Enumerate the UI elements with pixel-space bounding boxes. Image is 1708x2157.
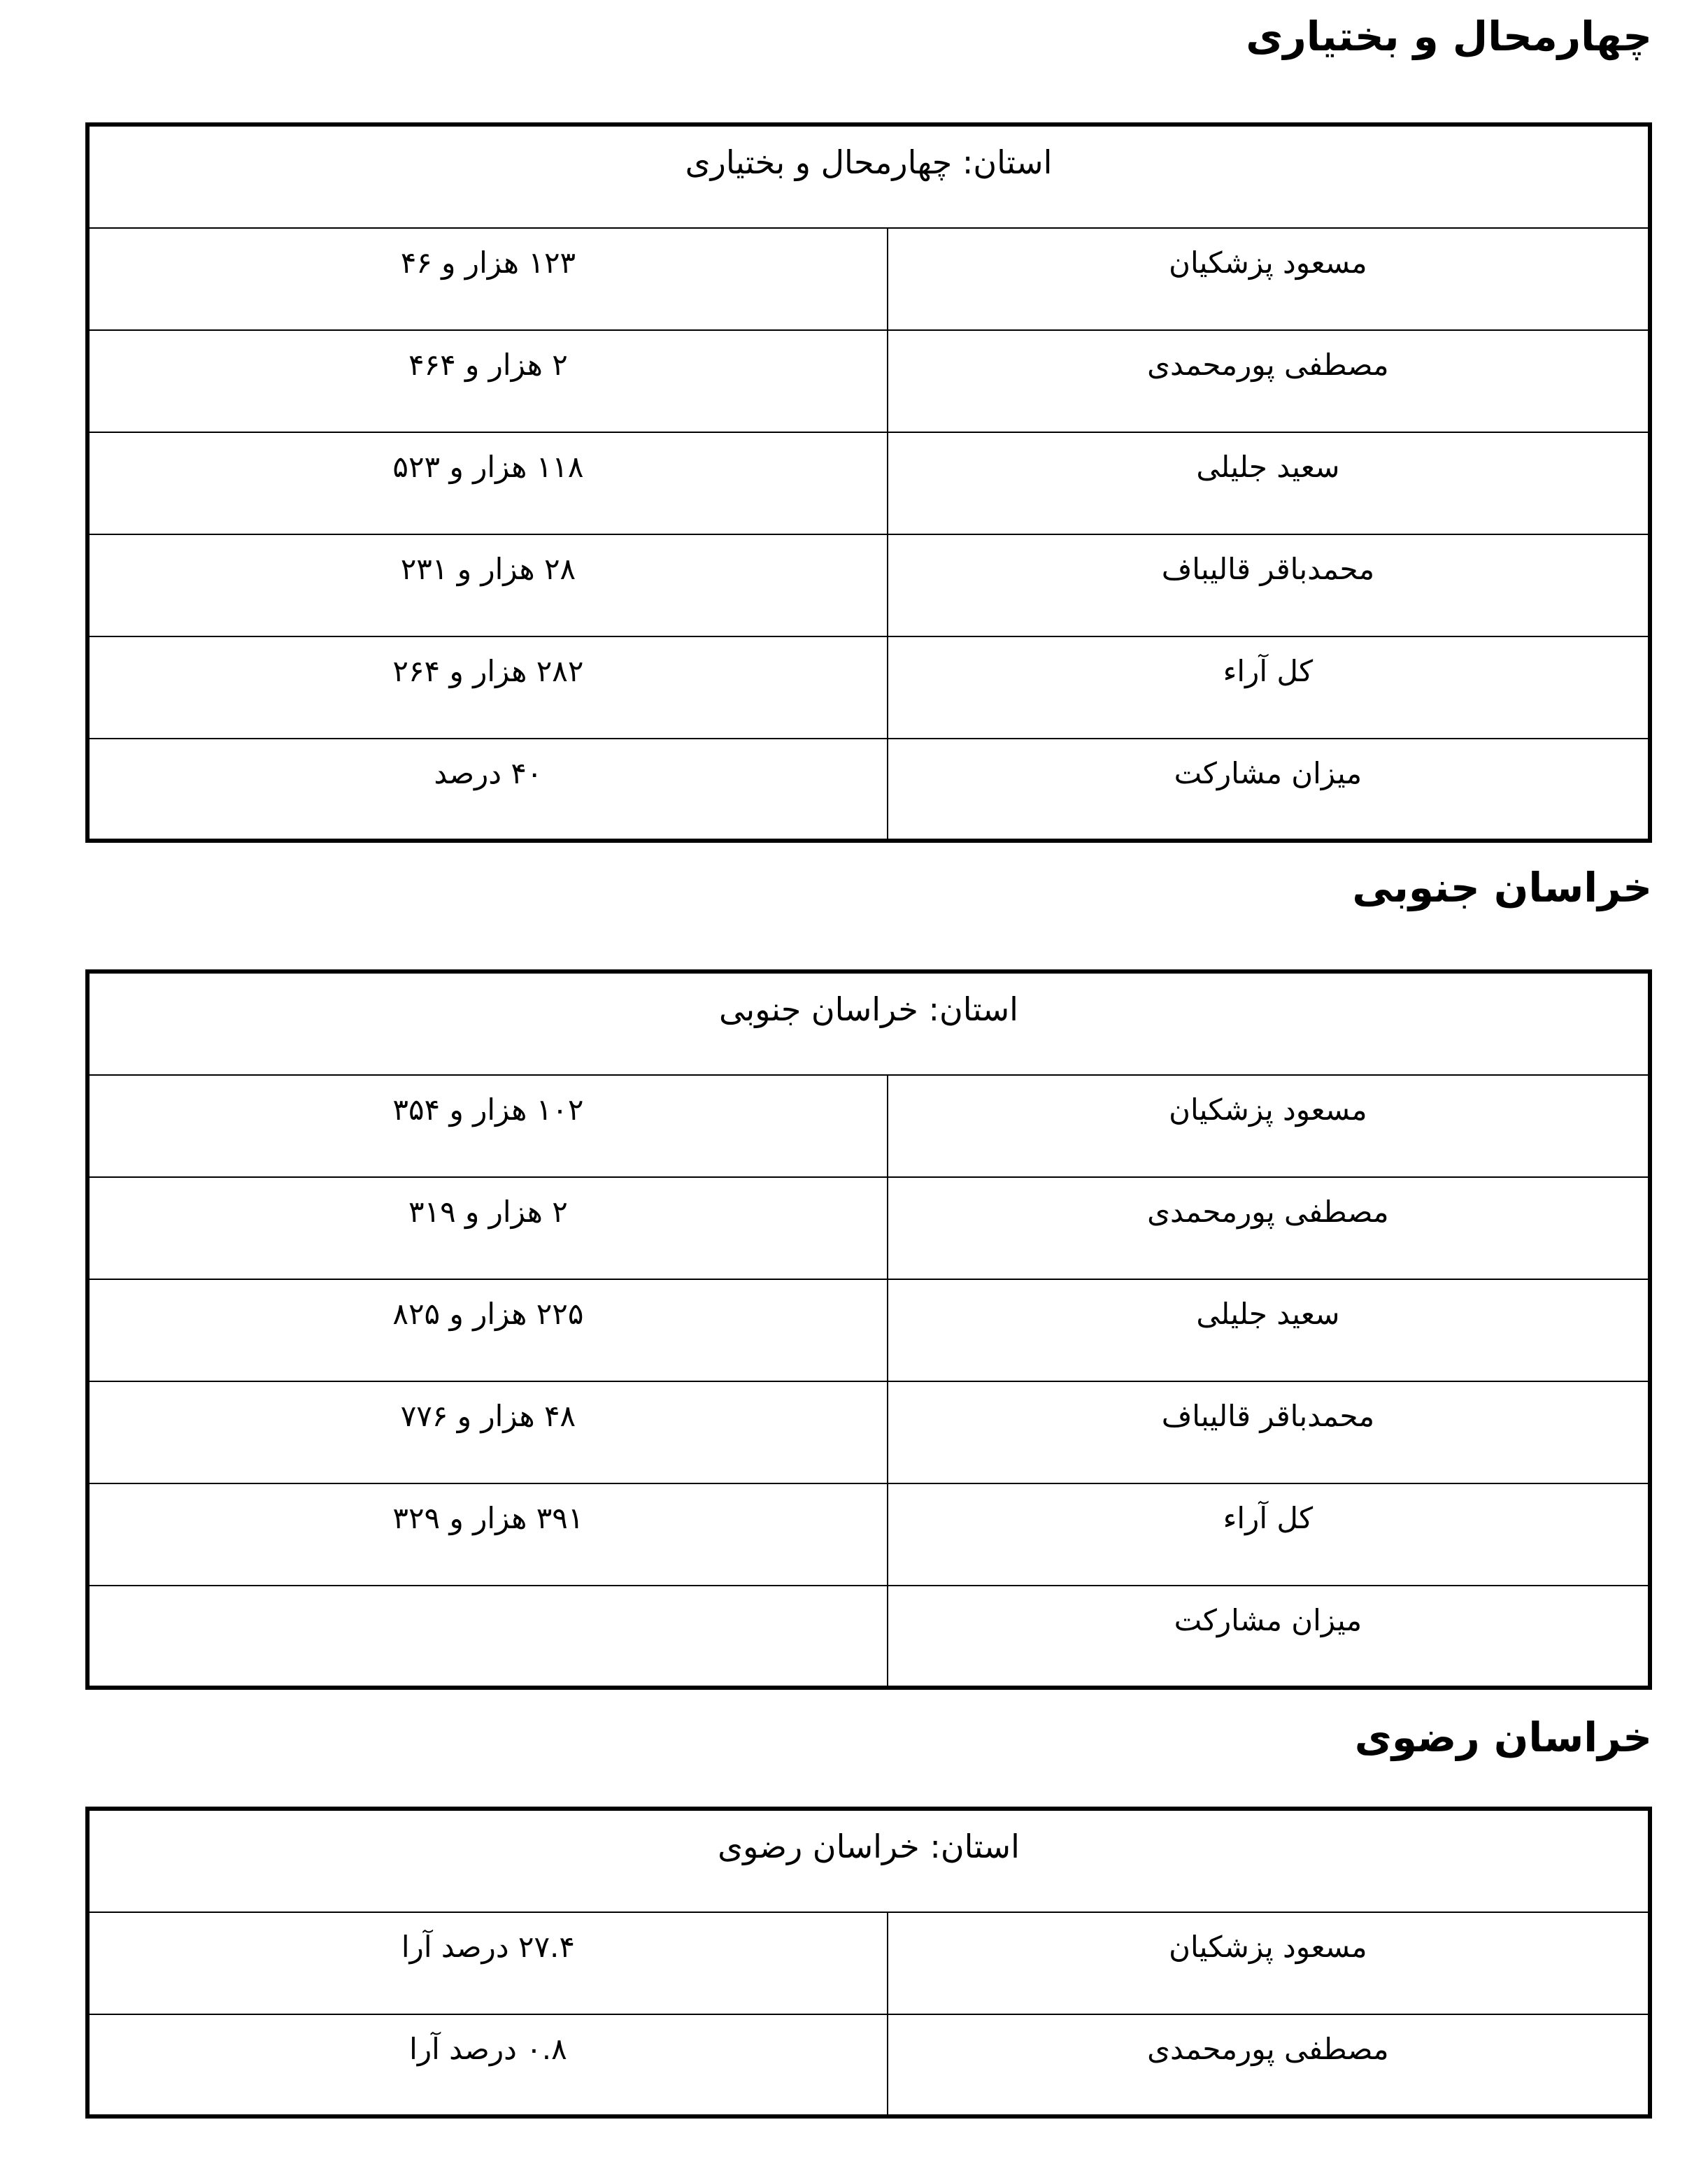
table-row: سعید جلیلی ۲۲۵ هزار و ۸۲۵ [87,1279,1650,1381]
table-row: مسعود پزشکیان ۱۲۳ هزار و ۴۶ [87,228,1650,330]
vote-count-cell: ۲ هزار و ۴۶۴ [87,330,888,432]
total-votes-value-cell: ۲۸۲ هزار و ۲۶۴ [87,636,888,739]
table-title-cell: استان: چهارمحال و بختیاری [87,124,1650,228]
table-title-row: استان: خراسان رضوی [87,1809,1650,1912]
candidate-name-cell: محمدباقر قالیباف [888,534,1650,636]
table-row: محمدباقر قالیباف ۴۸ هزار و ۷۷۶ [87,1381,1650,1483]
table-row: کل آراء ۳۹۱ هزار و ۳۲۹ [87,1483,1650,1586]
table-row: محمدباقر قالیباف ۲۸ هزار و ۲۳۱ [87,534,1650,636]
vote-percent-cell: ۰.۸ درصد آرا [87,2014,888,2116]
total-votes-label-cell: کل آراء [888,1483,1650,1586]
turnout-value-cell [87,1586,888,1688]
table-row: مصطفی پورمحمدی ۲ هزار و ۴۶۴ [87,330,1650,432]
candidate-name-cell: محمدباقر قالیباف [888,1381,1650,1483]
province-heading: چهارمحال و بختیاری [85,4,1652,69]
table-row: سعید جلیلی ۱۱۸ هزار و ۵۲۳ [87,432,1650,534]
province-heading: خراسان رضوی [85,1705,1652,1770]
table-row: مسعود پزشکیان ۲۷.۴ درصد آرا [87,1912,1650,2014]
candidate-name-cell: سعید جلیلی [888,1279,1650,1381]
vote-count-cell: ۱۲۳ هزار و ۴۶ [87,228,888,330]
province-results-table: استان: خراسان رضوی مسعود پزشکیان ۲۷.۴ در… [85,1807,1652,2119]
candidate-name-cell: مصطفی پورمحمدی [888,2014,1650,2116]
table-row: کل آراء ۲۸۲ هزار و ۲۶۴ [87,636,1650,739]
turnout-label-cell: میزان مشارکت [888,1586,1650,1688]
table-row: مسعود پزشکیان ۱۰۲ هزار و ۳۵۴ [87,1075,1650,1177]
vote-count-cell: ۲ هزار و ۳۱۹ [87,1177,888,1279]
province-results-table: استان: چهارمحال و بختیاری مسعود پزشکیان … [85,122,1652,843]
total-votes-label-cell: کل آراء [888,636,1650,739]
total-votes-value-cell: ۳۹۱ هزار و ۳۲۹ [87,1483,888,1586]
document-page: { "document": { "colors": { "text": "#00… [0,0,1708,2157]
table-row: مصطفی پورمحمدی ۰.۸ درصد آرا [87,2014,1650,2116]
page-content: چهارمحال و بختیاری استان: چهارمحال و بخت… [0,4,1708,2119]
vote-count-cell: ۱۱۸ هزار و ۵۲۳ [87,432,888,534]
table-row: میزان مشارکت [87,1586,1650,1688]
vote-count-cell: ۱۰۲ هزار و ۳۵۴ [87,1075,888,1177]
table-title-cell: استان: خراسان رضوی [87,1809,1650,1912]
table-row: میزان مشارکت ۴۰ درصد [87,739,1650,841]
province-heading: خراسان جنوبی [85,855,1652,920]
vote-percent-cell: ۲۷.۴ درصد آرا [87,1912,888,2014]
candidate-name-cell: سعید جلیلی [888,432,1650,534]
province-results-table: استان: خراسان جنوبی مسعود پزشکیان ۱۰۲ هز… [85,969,1652,1690]
candidate-name-cell: مسعود پزشکیان [888,1075,1650,1177]
vote-count-cell: ۲۲۵ هزار و ۸۲۵ [87,1279,888,1381]
candidate-name-cell: مصطفی پورمحمدی [888,330,1650,432]
table-title-row: استان: چهارمحال و بختیاری [87,124,1650,228]
vote-count-cell: ۴۸ هزار و ۷۷۶ [87,1381,888,1483]
turnout-label-cell: میزان مشارکت [888,739,1650,841]
candidate-name-cell: مصطفی پورمحمدی [888,1177,1650,1279]
vote-count-cell: ۲۸ هزار و ۲۳۱ [87,534,888,636]
table-row: مصطفی پورمحمدی ۲ هزار و ۳۱۹ [87,1177,1650,1279]
candidate-name-cell: مسعود پزشکیان [888,1912,1650,2014]
table-title-cell: استان: خراسان جنوبی [87,971,1650,1075]
table-title-row: استان: خراسان جنوبی [87,971,1650,1075]
candidate-name-cell: مسعود پزشکیان [888,228,1650,330]
turnout-value-cell: ۴۰ درصد [87,739,888,841]
